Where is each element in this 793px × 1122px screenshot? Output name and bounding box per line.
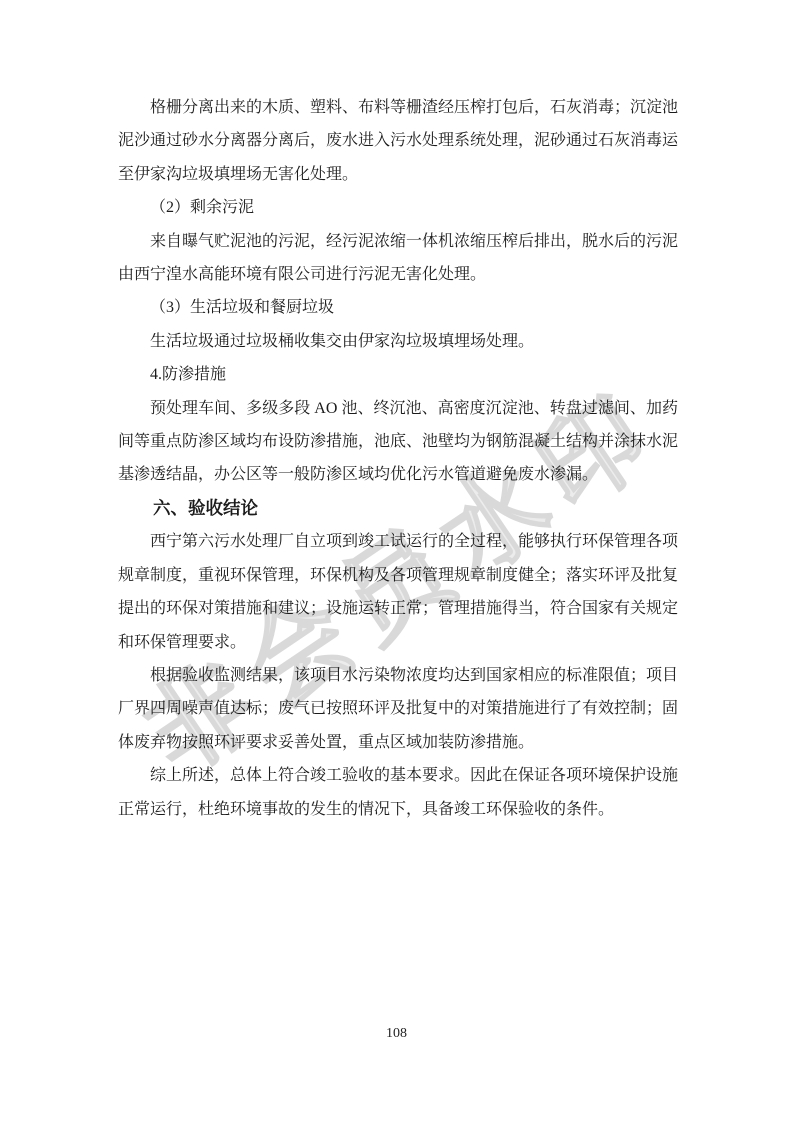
- paragraph-seepage-measures: 预处理车间、多级多段 AO 池、终沉池、高密度沉淀池、转盘过滤间、加药间等重点防…: [118, 392, 678, 492]
- paragraph-item-3-domestic-waste: （3）生活垃圾和餐厨垃圾: [118, 291, 678, 324]
- paragraph-conclusion-summary: 综上所述，总体上符合竣工验收的基本要求。因此在保证各项环境保护设施正常运行，杜绝…: [118, 759, 678, 826]
- heading-acceptance-conclusion: 六、验收结论: [118, 492, 678, 525]
- document-body: 格栅分离出来的木质、塑料、布料等栅渣经压榨打包后，石灰消毒；沉淀池泥沙通过砂水分…: [118, 91, 678, 826]
- paragraph-waste-collection: 生活垃圾通过垃圾桶收集交由伊家沟垃圾填埋场处理。: [118, 325, 678, 358]
- document-page: 非会员水印 格栅分离出来的木质、塑料、布料等栅渣经压榨打包后，石灰消毒；沉淀池泥…: [0, 0, 793, 1122]
- page-number: 108: [0, 1026, 793, 1042]
- paragraph-conclusion-management: 西宁第六污水处理厂自立项到竣工试运行的全过程，能够执行环保管理各项规章制度，重视…: [118, 525, 678, 659]
- paragraph-grille-residue: 格栅分离出来的木质、塑料、布料等栅渣经压榨打包后，石灰消毒；沉淀池泥沙通过砂水分…: [118, 91, 678, 191]
- paragraph-conclusion-monitoring: 根据验收监测结果，该项目水污染物浓度均达到国家相应的标准限值；项目厂界四周噪声值…: [118, 659, 678, 759]
- paragraph-sludge-treatment: 来自曝气贮泥池的污泥，经污泥浓缩一体机浓缩压榨后排出，脱水后的污泥由西宁湟水高能…: [118, 225, 678, 292]
- paragraph-item-2-surplus-sludge: （2）剩余污泥: [118, 191, 678, 224]
- paragraph-item-4-seepage-control: 4.防渗措施: [118, 358, 678, 391]
